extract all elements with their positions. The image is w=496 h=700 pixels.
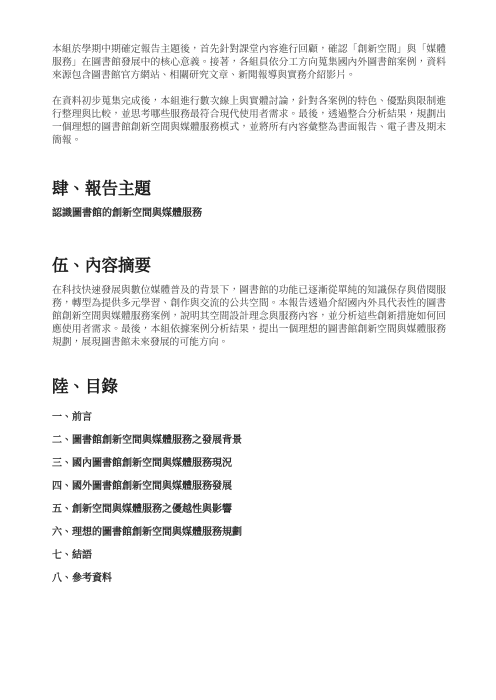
toc-item-3: 三、國內圖書館創新空間與媒體服務現況: [52, 457, 446, 470]
document-page: 本組於學期中期確定報告主題後，首先針對課堂內容進行回顧，確認「創新空間」與「媒體…: [0, 0, 496, 700]
toc-item-4: 四、國外圖書館創新空間與媒體服務發展: [52, 480, 446, 493]
content-summary-paragraph: 在科技快速發展與數位媒體普及的背景下，圖書館的功能已逐漸從單純的知識保存與借閱服…: [52, 284, 446, 349]
method-paragraph-1: 本組於學期中期確定報告主題後，首先針對課堂內容進行回顧，確認「創新空間」與「媒體…: [52, 43, 446, 82]
report-topic-text: 認識圖書館的創新空間與媒體服務: [52, 207, 446, 220]
toc-item-1: 一、前言: [52, 411, 446, 424]
section-heading-report-topic: 肆、報告主題: [52, 179, 446, 199]
toc-item-7: 七、結語: [52, 549, 446, 562]
toc-item-2: 二、圖書館創新空間與媒體服務之發展背景: [52, 434, 446, 447]
section-heading-content-summary: 伍、內容摘要: [52, 256, 446, 276]
toc-item-8: 八、參考資料: [52, 572, 446, 585]
section-heading-table-of-contents: 陸、目錄: [52, 377, 446, 397]
toc-item-6: 六、理想的圖書館創新空間與媒體服務規劃: [52, 526, 446, 539]
toc-item-5: 五、創新空間與媒體服務之優越性與影響: [52, 503, 446, 516]
method-paragraph-2: 在資料初步蒐集完成後，本組進行數次線上與實體討論，針對各案例的特色、優點與限制進…: [52, 95, 446, 147]
